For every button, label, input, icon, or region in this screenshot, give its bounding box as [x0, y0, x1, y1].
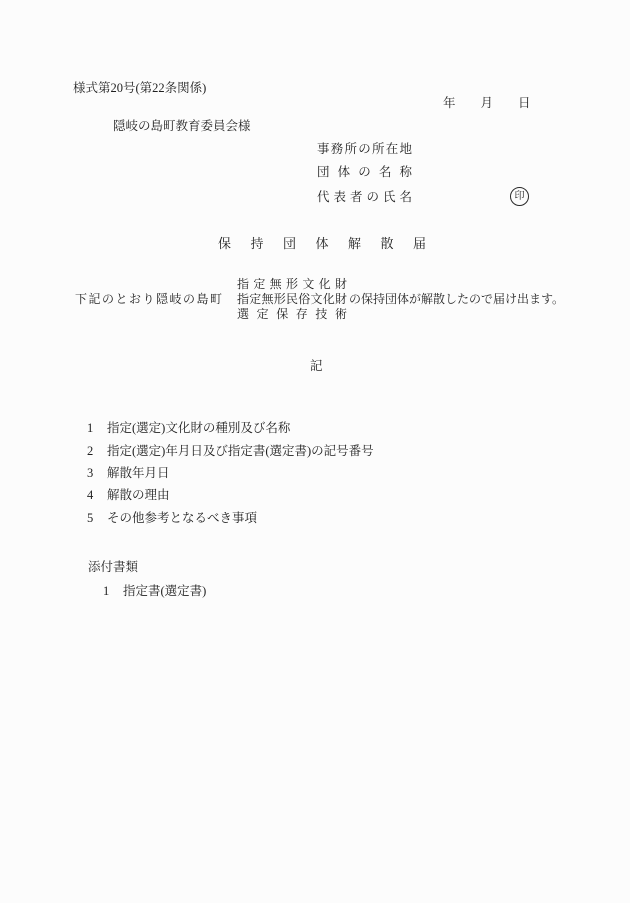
document-page: 様式第20号(第22条関係) 年 月 日 隠岐の島町教育委員会様 事務所の所在地… — [0, 0, 630, 903]
document-title: 保持団体解散届 — [218, 237, 446, 252]
list-item: 4解散の理由 — [87, 488, 170, 502]
office-address-label: 事務所の所在地 — [317, 142, 412, 156]
list-item-number: 2 — [87, 444, 107, 458]
list-item: 5その他参考となるべき事項 — [87, 511, 257, 525]
list-item: 3解散年月日 — [87, 466, 170, 480]
representative-name-label: 代表者の氏名 — [317, 190, 412, 204]
date-line: 年 月 日 — [443, 96, 531, 110]
category-option-designated-intangible-folk-cultural-property: 指定無形民俗文化財 — [237, 293, 347, 307]
list-item-number: 1 — [87, 421, 107, 435]
record-marker: 記 — [310, 359, 323, 373]
list-item-text: 指定(選定)年月日及び指定書(選定書)の記号番号 — [107, 444, 374, 458]
attachment-item: 1指定書(選定書) — [103, 584, 206, 598]
form-number: 様式第20号(第22条関係) — [73, 81, 206, 95]
list-item-number: 5 — [87, 511, 107, 525]
organization-name-label: 団体の名称 — [317, 165, 412, 179]
attachment-item-number: 1 — [103, 584, 123, 598]
list-item-text: 指定(選定)文化財の種別及び名称 — [107, 421, 290, 435]
date-month-label: 月 — [481, 96, 494, 110]
category-option-designated-intangible-cultural-property: 指定無形文化財 — [237, 278, 347, 292]
body-sentence-suffix: の保持団体が解散したので届け出ます。 — [349, 293, 564, 307]
body-sentence-prefix: 下記のとおり隠岐の島町 — [75, 293, 224, 307]
seal-mark-icon: 印 — [510, 187, 529, 206]
date-year-label: 年 — [443, 96, 456, 110]
attachments-heading: 添付書類 — [88, 560, 138, 574]
recipient-name: 隠岐の島町教育委員会様 — [113, 119, 251, 133]
list-item-text: その他参考となるべき事項 — [107, 511, 257, 525]
list-item: 1指定(選定)文化財の種別及び名称 — [87, 421, 290, 435]
list-item-text: 解散年月日 — [107, 466, 170, 480]
list-item-number: 4 — [87, 488, 107, 502]
attachment-item-text: 指定書(選定書) — [123, 584, 206, 598]
list-item-text: 解散の理由 — [107, 488, 170, 502]
list-item: 2指定(選定)年月日及び指定書(選定書)の記号番号 — [87, 444, 374, 458]
list-item-number: 3 — [87, 466, 107, 480]
date-day-label: 日 — [518, 96, 531, 110]
category-option-selected-conservation-technique: 選定保存技術 — [237, 308, 347, 322]
